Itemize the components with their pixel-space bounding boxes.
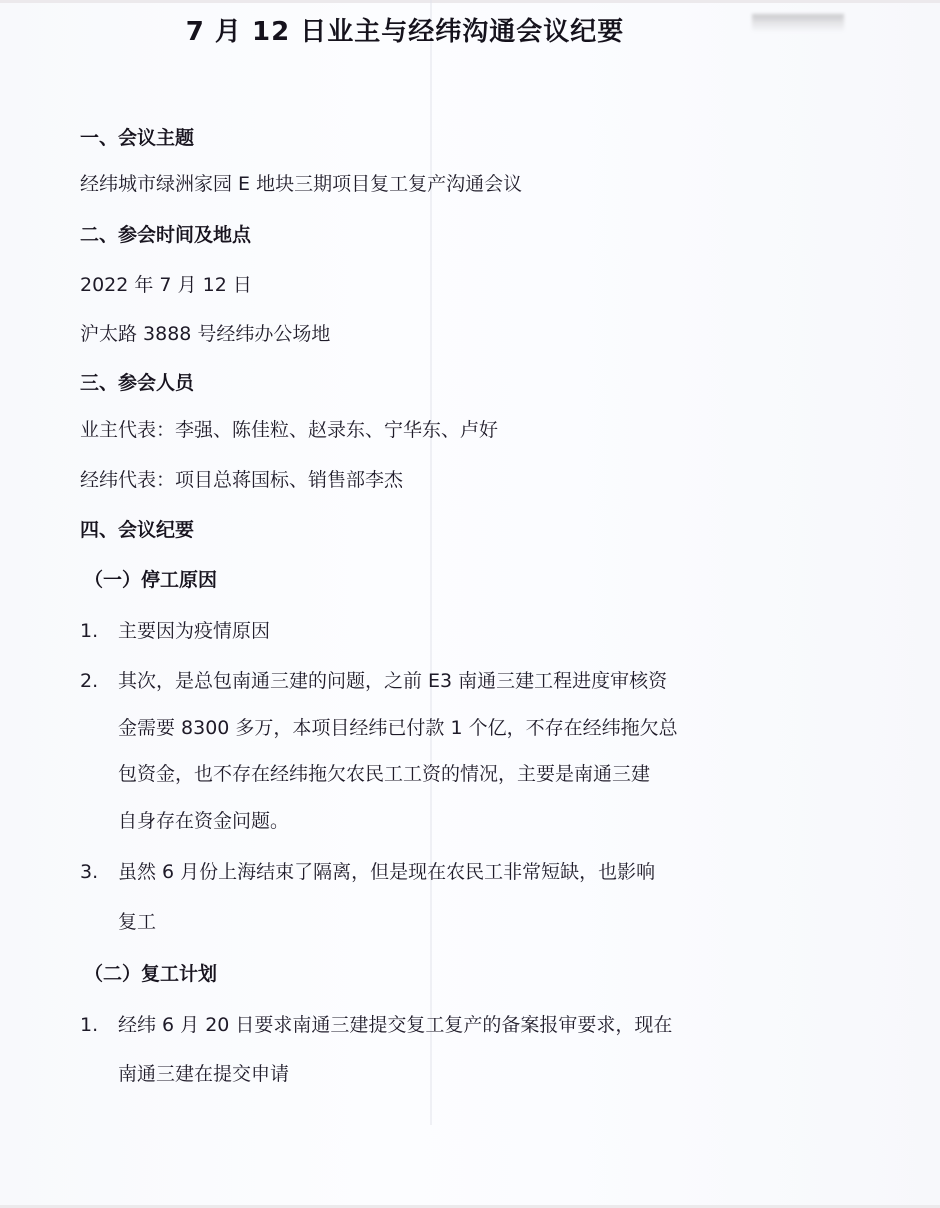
list-item-text: 主要因为疫情原因 <box>118 620 270 642</box>
stop-reason-item-3: 3.虽然 6 月份上海结束了隔离，但是现在农民工非常短缺，也影响 <box>80 858 655 886</box>
owner-representatives: 业主代表：李强、陈佳粒、赵录东、宁华东、卢好 <box>80 416 498 444</box>
meeting-place: 沪太路 3888 号经纬办公场地 <box>80 320 330 348</box>
jingwei-representatives: 经纬代表：项目总蒋国标、销售部李杰 <box>80 466 403 494</box>
list-item-text: 经纬 6 月 20 日要求南通三建提交复工复产的备案报审要求，现在 <box>118 1014 672 1036</box>
list-number: 1. <box>80 617 118 645</box>
section-heading-attendees: 三、参会人员 <box>80 369 194 397</box>
page-top-edge <box>0 0 940 3</box>
list-item-text: 虽然 6 月份上海结束了隔离，但是现在农民工非常短缺，也影响 <box>118 861 655 883</box>
stop-reason-item-2: 2.其次，是总包南通三建的问题，之前 E3 南通三建工程进度审核资 <box>80 667 667 695</box>
section-heading-time-place: 二、参会时间及地点 <box>80 221 251 249</box>
stop-reason-item-2-line-2: 金需要 8300 多万，本项目经纬已付款 1 个亿，不存在经纬拖欠总 <box>118 714 678 742</box>
subsection-heading-resume-plan: （二）复工计划 <box>84 960 217 988</box>
stop-reason-item-3-line-2: 复工 <box>118 908 156 936</box>
paper-fold-line <box>430 0 432 1125</box>
resume-plan-item-1: 1.经纬 6 月 20 日要求南通三建提交复工复产的备案报审要求，现在 <box>80 1011 672 1039</box>
stop-reason-item-1: 1.主要因为疫情原因 <box>80 617 270 645</box>
stop-reason-item-2-line-4: 自身存在资金问题。 <box>118 807 289 835</box>
meeting-date: 2022 年 7 月 12 日 <box>80 271 252 299</box>
list-number: 1. <box>80 1011 118 1039</box>
list-number: 3. <box>80 858 118 886</box>
scanned-document-page: 7 月 12 日业主与经纬沟通会议纪要 一、会议主题 经纬城市绿洲家园 E 地块… <box>0 0 940 1208</box>
meeting-topic-text: 经纬城市绿洲家园 E 地块三期项目复工复产沟通会议 <box>80 170 522 198</box>
section-heading-minutes: 四、会议纪要 <box>80 516 194 544</box>
list-number: 2. <box>80 667 118 695</box>
resume-plan-item-1-line-2: 南通三建在提交申请 <box>118 1060 289 1088</box>
stop-reason-item-2-line-3: 包资金，也不存在经纬拖欠农民工工资的情况，主要是南通三建 <box>118 760 650 788</box>
subsection-heading-stop-reasons: （一）停工原因 <box>84 566 217 594</box>
list-item-text: 其次，是总包南通三建的问题，之前 E3 南通三建工程进度审核资 <box>118 670 667 692</box>
section-heading-topic: 一、会议主题 <box>80 124 194 152</box>
document-title: 7 月 12 日业主与经纬沟通会议纪要 <box>0 14 810 50</box>
